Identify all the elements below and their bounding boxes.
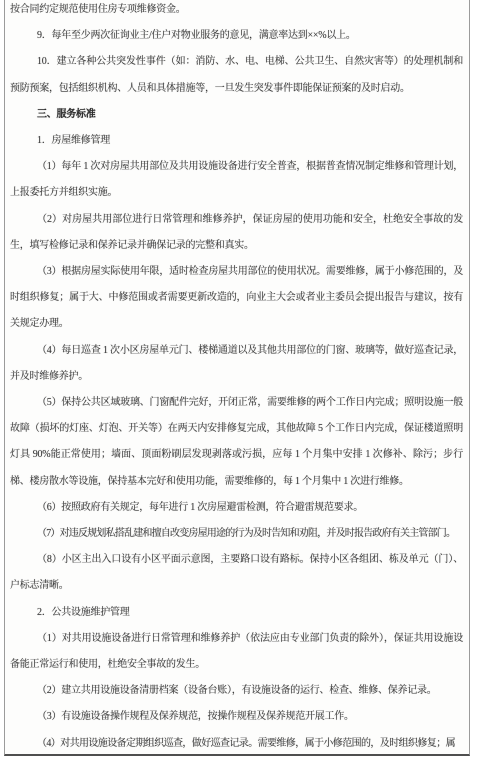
facilities-clause-1: （1）对共用设施设备进行日常管理和维修养护（依法应由专业部门负责的除外），保证共… — [10, 626, 463, 678]
facilities-clause-4-truncated: （4）对共用设施设备定期组织巡查，做好巡查记录。需要维修，属于小修范围的，及时组… — [10, 731, 463, 756]
item-9: 9．每年至少两次征询业主/住户对物业服务的意见，满意率达到××%以上。 — [10, 23, 463, 49]
housing-clause-2: （2）对房屋共用部位进行日常管理和维修养护，保证房屋的使用功能和安全，杜绝安全事… — [10, 207, 463, 259]
facilities-clause-2: （2）建立共用设施设备清册档案（设备台账），有设施设备的运行、检查、维修、保养记… — [10, 678, 463, 704]
housing-clause-8: （8）小区主出入口设有小区平面示意图，主要路口设有路标。保持小区各组团、栋及单元… — [10, 547, 463, 599]
housing-clause-4: （4）每日巡查 1 次小区房屋单元门、楼梯通道以及其他共用部位的门窗、玻璃等，做… — [10, 338, 463, 390]
paragraph-continuation: 按合同约定规范使用住房专项维修资金。 — [10, 0, 463, 23]
document-page: 按合同约定规范使用住房专项维修资金。 9．每年至少两次征询业主/住户对物业服务的… — [4, 0, 470, 756]
document-body: 按合同约定规范使用住房专项维修资金。 9．每年至少两次征询业主/住户对物业服务的… — [10, 0, 463, 756]
subsection-heading-public-facilities: 2．公共设施维护管理 — [10, 600, 463, 626]
housing-clause-6: （6）按照政府有关规定，每年进行 1 次房屋避雷检测，符合避雷规范要求。 — [10, 495, 463, 521]
housing-clause-7: （7）对违反规划私搭乱建和擅自改变房屋用途的行为及时告知和劝阻，并及时报告政府有… — [10, 521, 463, 547]
subsection-heading-housing-maintenance: 1．房屋维修管理 — [10, 128, 463, 154]
housing-clause-3: （3）根据房屋实际使用年限，适时检查房屋共用部位的使用状况。需要维修，属于小修范… — [10, 259, 463, 338]
housing-clause-1: （1）每年 1 次对房屋共用部位及共用设施设备进行安全普查，根据普查情况制定维修… — [10, 154, 463, 206]
facilities-clause-3: （3）有设施设备操作规程及保养规范，按操作规程及保养规范开展工作。 — [10, 704, 463, 730]
housing-clause-5: （5）保持公共区域玻璃、门窗配件完好，开闭正常，需要维修的两个工作日内完成；照明… — [10, 390, 463, 495]
item-10: 10．建立各种公共突发性事件（如：消防、水、电、电梯、公共卫生、自然灾害等）的处… — [10, 49, 463, 101]
section-heading-service-standards: 三、服务标准 — [10, 102, 463, 128]
